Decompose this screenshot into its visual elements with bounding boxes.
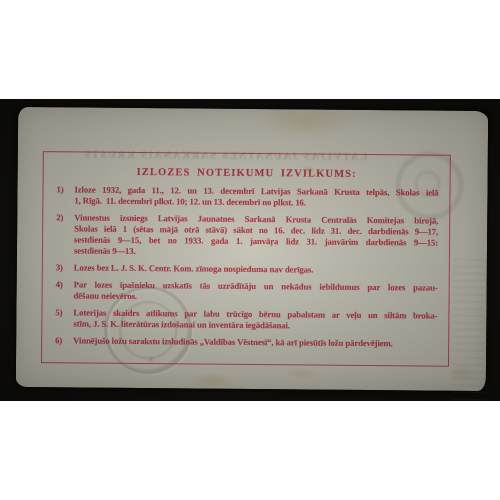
rule-number: 4) bbox=[56, 279, 69, 301]
rule-item-5: 5) Loterijas skaidrs atlikums par labu t… bbox=[55, 307, 437, 332]
rules-title: IZLOZES NOTEIKUMU IZVILKUMS: bbox=[44, 166, 450, 181]
rule-text: Vinnējušo ložu sarakstu izsludinās „Vald… bbox=[73, 335, 437, 349]
rule-number: 5) bbox=[55, 307, 68, 329]
rule-line: Vinnējušo ložu sarakstu izsludinās „Vald… bbox=[73, 335, 437, 349]
rule-item-3: 3) Lozes bez L. J. S. K. Centr. Kom. zīm… bbox=[56, 262, 438, 276]
rule-number: 1) bbox=[56, 184, 69, 206]
rule-item-2: 2) Vinnestus izsniegs Latvijas Jaunatnes… bbox=[56, 212, 438, 259]
rule-item-4: 4) Par lozes īpašnieku uzskatīs tās uzrā… bbox=[56, 279, 438, 304]
rule-number: 6) bbox=[55, 335, 68, 346]
bleed-through-text-rows bbox=[451, 259, 489, 401]
lottery-ticket-back: LATVIJAS JAUNATNES SARKANAIS KRUSTS ✳ IZ… bbox=[16, 107, 488, 391]
rule-number: 2) bbox=[56, 212, 69, 256]
rules-list: 1) Izloze 1932, gada 11., 12. un 13. dec… bbox=[55, 184, 438, 349]
rule-text: Izloze 1932, gada 11., 12. un 13. decemb… bbox=[74, 184, 438, 209]
rule-text: Loterijas skaidrs atlikums par labu trūc… bbox=[73, 307, 437, 332]
product-photo-page: LATVIJAS JAUNATNES SARKANAIS KRUSTS ✳ IZ… bbox=[0, 0, 500, 500]
rule-text: Vinnestus izsniegs Latvijas Jaunatnes Sa… bbox=[74, 212, 438, 259]
rules-border-frame: IZLOZES NOTEIKUMU IZVILKUMS: 1) Izloze 1… bbox=[41, 151, 451, 367]
rule-item-6: 6) Vinnējušo ložu sarakstu izsludinās „V… bbox=[55, 335, 437, 349]
photo-black-background: LATVIJAS JAUNATNES SARKANAIS KRUSTS ✳ IZ… bbox=[0, 99, 500, 401]
rule-text: Lozes bez L. J. S. K. Centr. Kom. zīmoga… bbox=[74, 262, 438, 276]
rule-text: Par lozes īpašnieku uzskatīs tās uzrādīt… bbox=[74, 279, 438, 304]
rule-item-1: 1) Izloze 1932, gada 11., 12. un 13. dec… bbox=[56, 184, 438, 209]
rule-line: Lozes bez L. J. S. K. Centr. Kom. zīmoga… bbox=[74, 262, 438, 276]
rule-number: 3) bbox=[56, 262, 69, 273]
